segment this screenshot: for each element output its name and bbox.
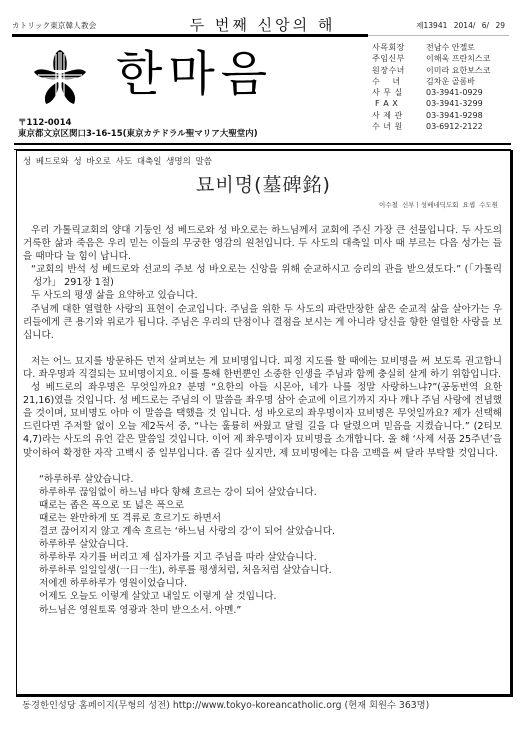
poem-line: 하루하루 끊임없이 하느님 바다 향해 흐르는 강이 되어 살았습니다. <box>39 486 502 499</box>
paragraph-gap <box>23 342 502 355</box>
issue-info: 제13941 2014/ 6/ 29 <box>416 20 505 31</box>
footer-homepage-note: 동경한인성당 홈페이지(무형의 성전) http://www.tokyo-kor… <box>22 697 515 711</box>
poem-line: 어제도 오늘도 이렇게 살았고 내일도 이렇게 살 것입니다. <box>39 590 502 603</box>
poem-line: 때로는 완만하게 또 격류로 흐르기도 하면서 <box>39 512 502 525</box>
article-byline: 이수철 신부ㅣ성베네딕도회 요셉 수도원 <box>379 200 498 209</box>
staff-row: 사목회장전남수 안젤로 <box>372 42 490 53</box>
paragraph: 우리 가톨릭교회의 양대 기둥인 성 베드로와 성 바오로는 하느님께서 교회에… <box>23 224 502 263</box>
staff-row: 주임신부이해욱 프란치스코 <box>372 53 490 64</box>
poem-line: 저에겐 하루하루가 영원이었습니다. <box>39 577 502 590</box>
hymn-quote: “교회의 반석 성 베드로와 선교의 주보 성 바오로는 신앙을 위해 순교하시… <box>23 263 502 289</box>
paragraph: 두 사도의 평생 삶을 요약하고 있습니다. <box>23 289 502 302</box>
paragraph-gap <box>23 460 502 473</box>
epitaph-poem: “하루하루 살았습니다. 하루하루 끊임없이 하느님 바다 향해 흐르는 강이 … <box>23 473 502 617</box>
cherry-blossom-cross-icon <box>30 48 90 108</box>
staff-row: 수 녀 원03-6912-2122 <box>372 121 490 132</box>
article-kicker: 성 베드로와 성 바오로 사도 대축일 생명의 말씀 <box>23 155 212 167</box>
paragraph: 저는 어느 묘지를 방문하든 먼저 살펴보는 게 묘비명입니다. 피정 지도를 … <box>23 355 502 381</box>
staff-row: 사 무 실03-3941-0929 <box>372 87 490 98</box>
masthead-title: 한마음 <box>116 44 273 104</box>
article-body: 우리 가톨릭교회의 양대 기둥인 성 베드로와 성 바오로는 하느님께서 교회에… <box>23 224 502 617</box>
paragraph: 성 베드로의 좌우명은 무엇일까요? 분명 “요한의 아들 시몬아, 네가 나를… <box>23 381 502 460</box>
header-rule <box>12 34 368 37</box>
poem-line: 하루하루 일일일생(一日一生), 하루를 평생처럼, 처음처럼 살았습니다. <box>39 564 502 577</box>
poem-line: 때로는 좁은 폭으로 또 넓은 폭으로 <box>39 499 502 512</box>
top-header-bar: カトリック東京韓人教会 두 번째 신앙의 해 제13941 2014/ 6/ 2… <box>12 14 513 34</box>
poem-line: 하루하루 살았습니다. <box>39 538 502 551</box>
street-address: 東京都文京区関口3-16-15(東京カテドラル聖マリア大聖堂内) <box>18 129 258 140</box>
staff-row: 사 제 관03-3941-9298 <box>372 110 490 121</box>
article-box: 성 베드로와 성 바오로 사도 대축일 생명의 말씀 묘비명(墓碑銘) 이수철 … <box>16 150 513 697</box>
poem-line: “하루하루 살았습니다. <box>39 473 502 486</box>
staff-row: 수 녀김차운 골롬바 <box>372 76 490 87</box>
poem-line: 하느님은 영원토록 영광과 찬미 받으소서. 아멘.” <box>39 604 502 617</box>
staff-row: 원장수녀이미라 요한보스코 <box>372 65 490 76</box>
issue-date: 2014/ 6/ 29 <box>454 21 505 30</box>
church-address: 〒112-0014 東京都文京区関口3-16-15(東京カテドラル聖マリア大聖堂… <box>18 118 258 140</box>
article-title: 묘비명(墓碑銘) <box>17 170 510 197</box>
postal-code: 〒112-0014 <box>18 118 258 129</box>
masthead-divider <box>14 143 511 150</box>
issue-number: 제13941 <box>416 21 447 30</box>
paragraph: 주님께 대한 열렬한 사랑의 표현이 순교입니다. 주님을 위한 두 사도의 파… <box>23 303 502 342</box>
poem-line: 결코 끊어지지 않고 계속 흐르는 ‘하느님 사랑의 강’이 되어 살았습니다. <box>39 525 502 538</box>
staff-row: F A X03-3941-3299 <box>372 98 490 109</box>
header-rule-thin <box>368 35 509 36</box>
poem-line: 하루하루 자기를 버리고 제 십자가를 지고 주님을 따라 살았습니다. <box>39 551 502 564</box>
staff-directory: 사목회장전남수 안젤로 주임신부이해욱 프란치스코 원장수녀이미라 요한보스코 … <box>372 42 490 132</box>
